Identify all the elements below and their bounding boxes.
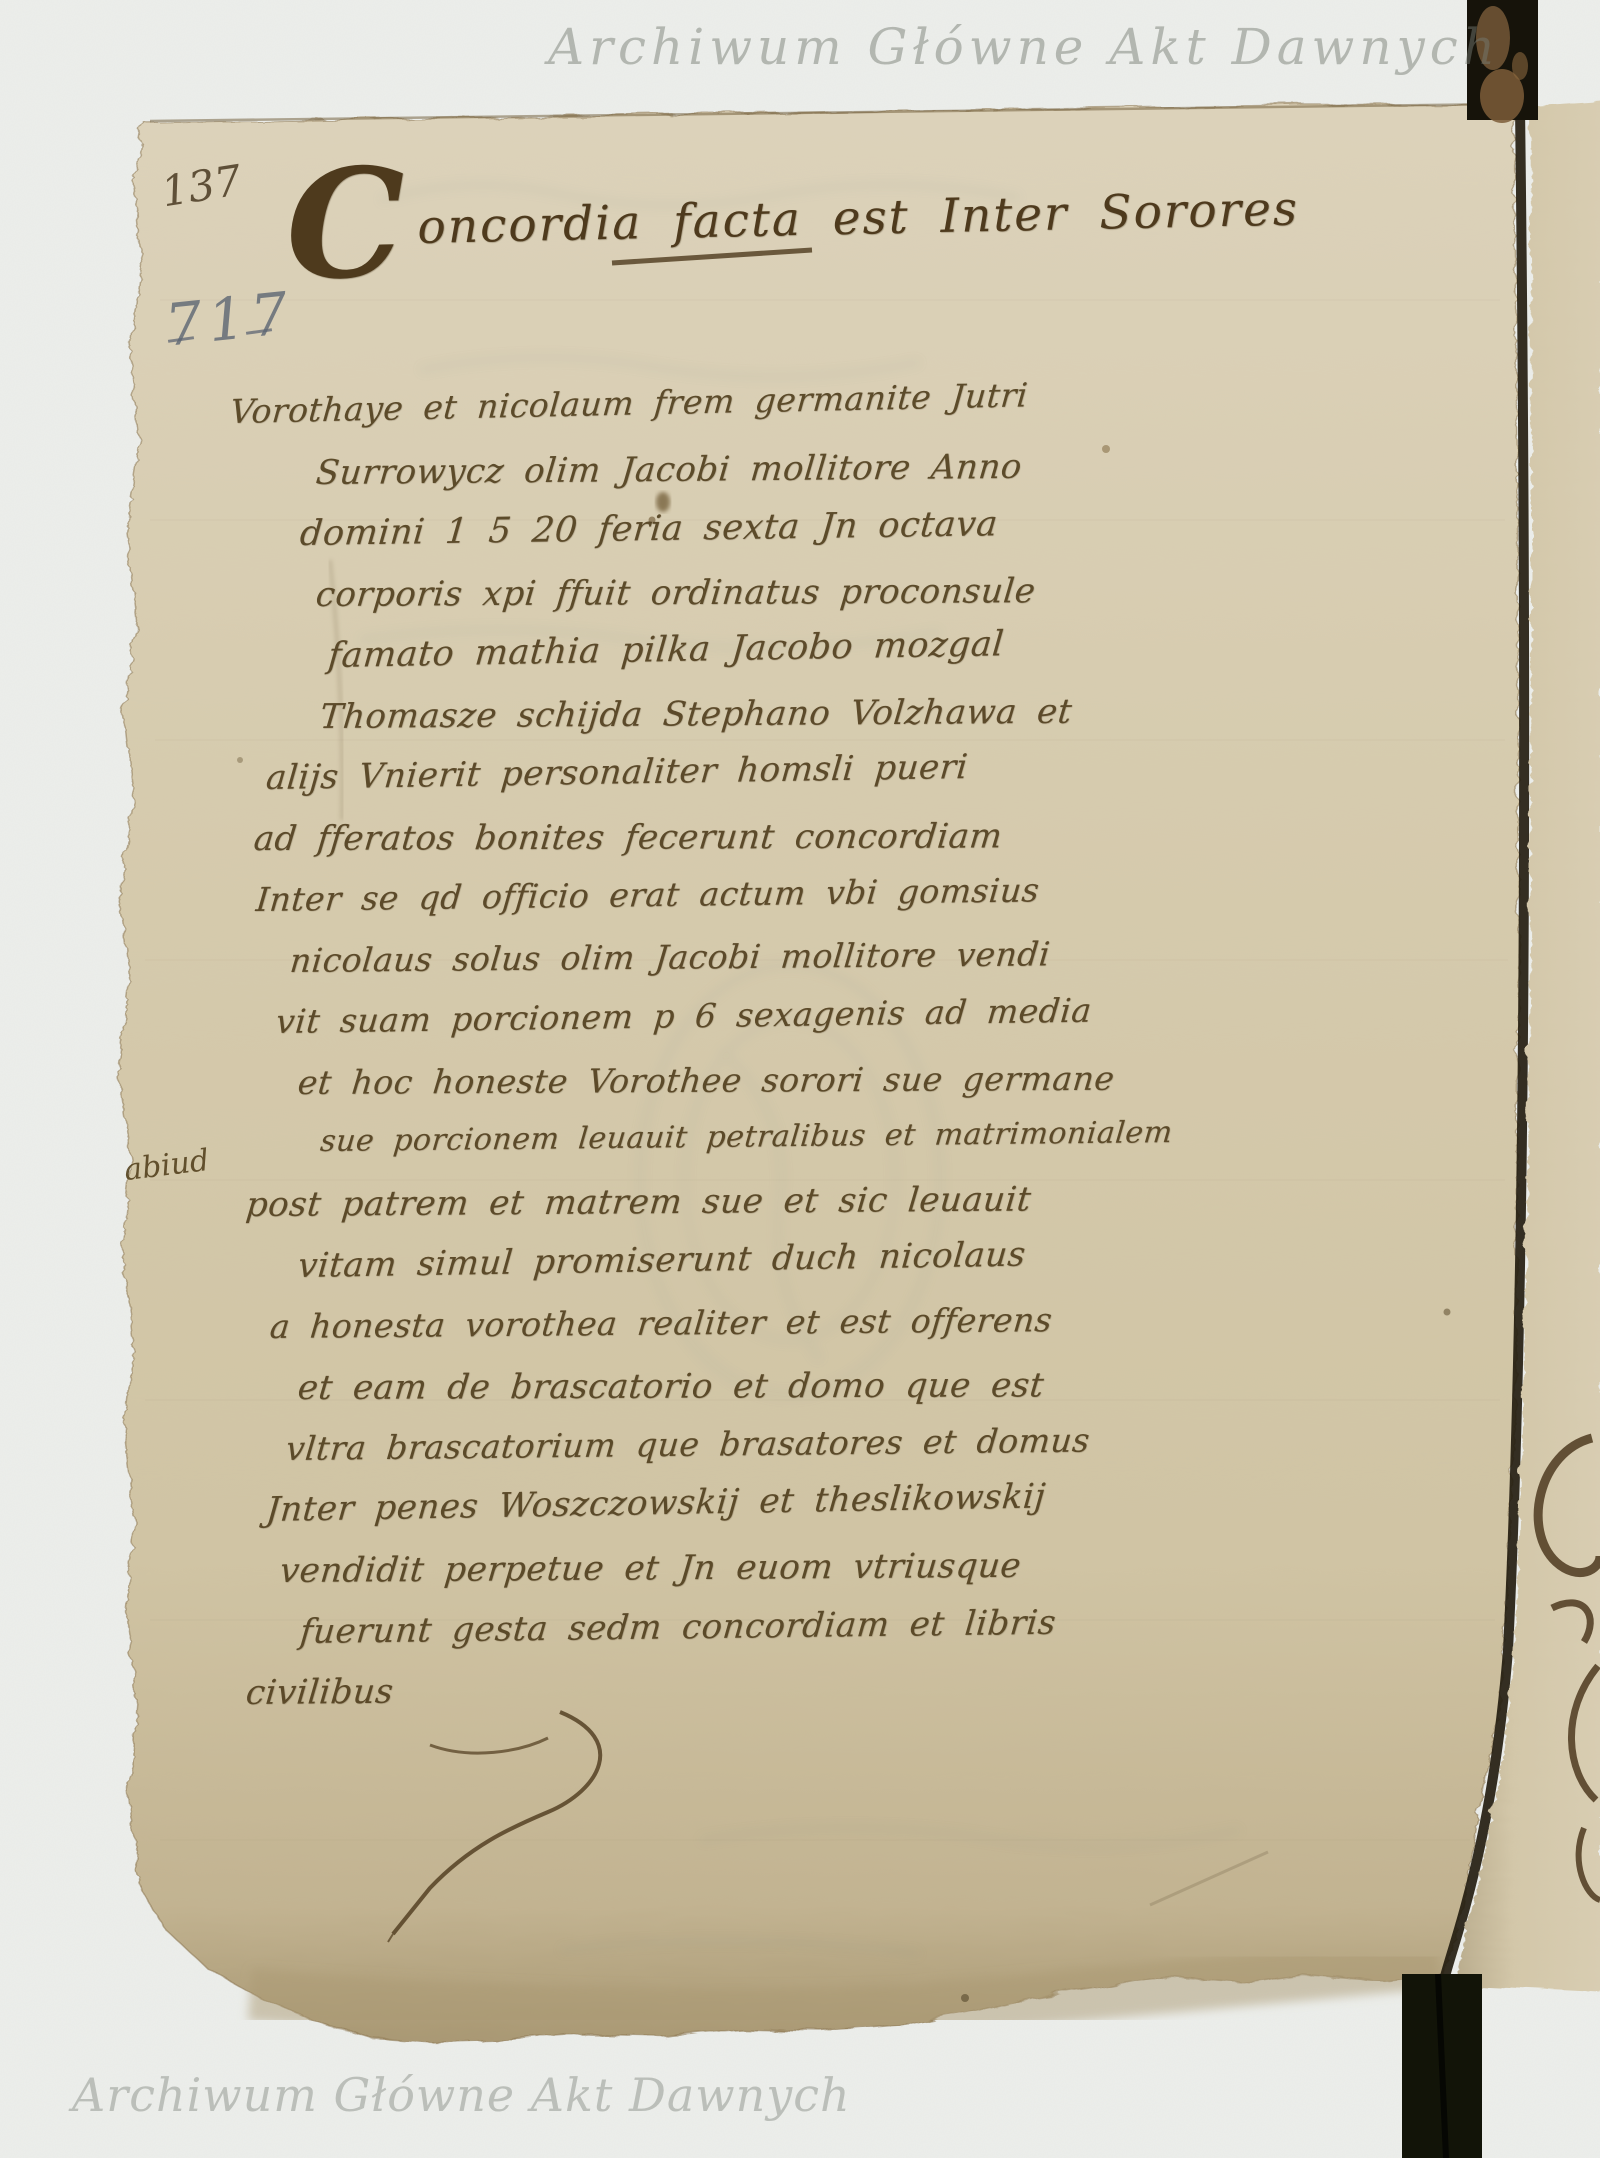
manuscript-line: et hoc honeste Vorothee sorori sue germa… xyxy=(296,1059,1116,1102)
manuscript-line: ad fferatos bonites fecerunt concordiam xyxy=(252,816,1004,859)
manuscript-line: vendidit perpetue et Jn euom vtriusque xyxy=(278,1546,1023,1591)
manuscript-line: nicolaus solus olim Jacobi mollitore ven… xyxy=(288,934,1052,980)
manuscript-line: Surrowycz olim Jacobi mollitore Anno xyxy=(314,447,1024,493)
manuscript-line: civilibus xyxy=(244,1672,395,1713)
binding-strip-top xyxy=(1467,0,1538,123)
manuscript-line: corporis xpi ffuit ordinatus proconsule xyxy=(314,571,1037,615)
binding-strip-bottom xyxy=(1402,1974,1482,2158)
manuscript-line: post patrem et matrem sue et sic leuauit xyxy=(244,1180,1033,1226)
manuscript-line: a honesta vorothea realiter et est offer… xyxy=(268,1300,1054,1346)
folio-number-pencil: 717 xyxy=(162,279,297,360)
manuscript-line: Thomasze schijda Stephano Volzhawa et xyxy=(318,692,1074,737)
archive-scan: Archiwum Główne Akt Dawnych Archiwum Głó… xyxy=(0,0,1600,2158)
manuscript-line: et eam de brascatorio et domo que est xyxy=(296,1365,1046,1408)
